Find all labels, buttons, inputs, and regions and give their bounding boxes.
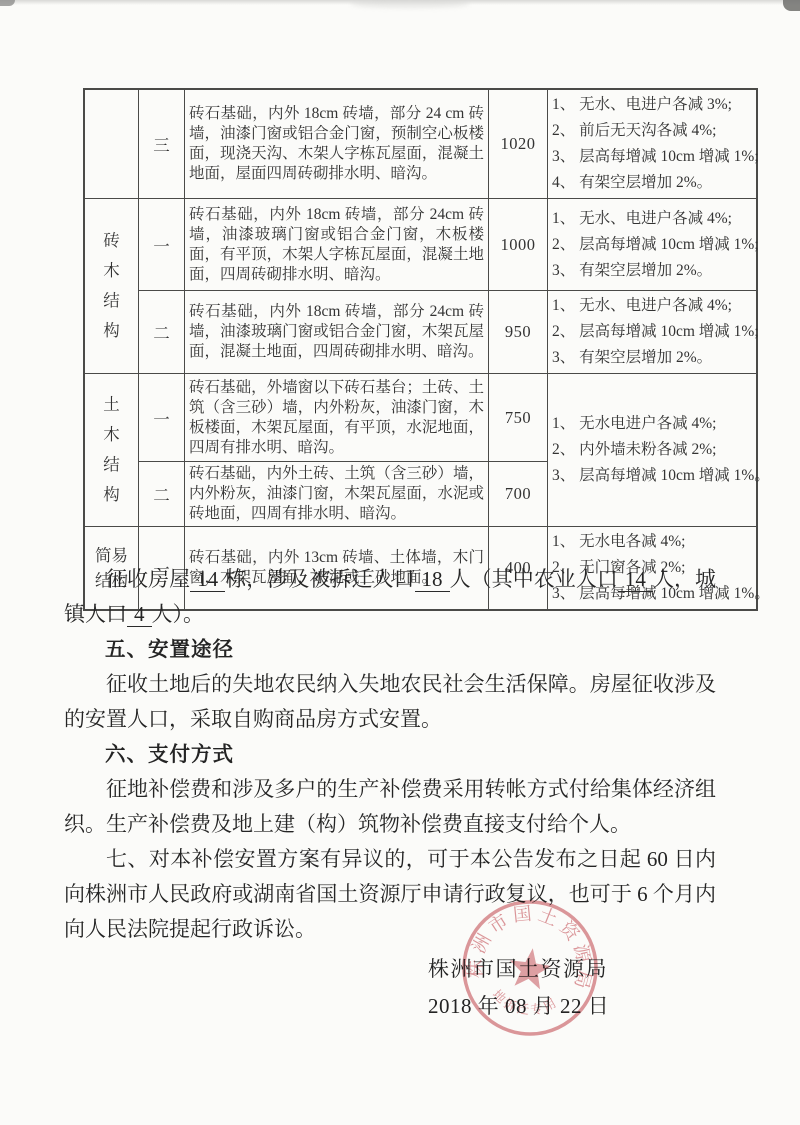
stats-text: 人（其中农业人口 [450,567,618,591]
table-row: 砖木结构 一 砖石基础，内外 18cm 砖墙，部分 24cm 砖墙，油漆玻璃门窗… [84,199,757,291]
paragraph-payment: 征地补偿费和涉及多户的生产补偿费采用转帐方式付给集体经济组织。生产补偿费及地上建… [64,772,716,842]
paragraph-housing-stats: 征收房屋14栋，涉及被拆迁人口18人（其中农业人口14人，城镇人口4人）。 [64,562,716,632]
table-row: 土木结构 一 砖石基础，外墙窗以下砖石基台；土砖、土筑（含三砂）墙，内外粉灰，油… [84,374,757,462]
adjustment-line: 1、 无水电各减 4%; [552,529,752,555]
official-seal-stamp: 株洲市国土资源局 征地拆迁专用章 [445,883,614,1052]
price-cell: 1000 [489,199,548,291]
underlined-number: 14 [190,567,225,592]
adjustment-line: 3、 有架空层增加 2%。 [552,258,752,284]
category-cell: 砖木结构 [84,199,139,374]
adjustment-line: 2、 层高每增减 10cm 增减 1%; [552,232,752,258]
adjustments-cell: 1、 无水、电进户各减 4%;2、 层高每增减 10cm 增减 1%;3、 有架… [548,291,758,374]
stats-text: 人）。 [152,602,205,626]
adjustment-line: 3、 有架空层增加 2%。 [552,345,752,371]
adjustment-line: 1、 无水电进户各减 4%; [552,411,752,437]
underlined-number: 4 [127,602,152,627]
adjustment-line: 2、 前后无天沟各减 4%; [552,118,752,144]
price-cell: 1020 [489,89,548,199]
section-heading-6: 六、支付方式 [64,737,716,772]
underlined-number: 18 [415,567,450,592]
table-row: 二 砖石基础，内外 18cm 砖墙，部分 24cm 砖墙，油漆玻璃门窗或铝合金门… [84,291,757,374]
scan-corner-artifact-left [0,0,15,6]
adjustments-cell: 1、 无水电进户各减 4%;2、 内外墙未粉各减 2%;3、 层高每增减 10c… [548,374,758,527]
description-cell: 砖石基础，内外 18cm 砖墙，部分 24cm 砖墙，油漆玻璃门窗或铝合金门窗，… [185,291,489,374]
adjustment-line: 2、 内外墙未粉各减 2%; [552,437,752,463]
compensation-standards-table: 三 砖石基础，内外 18cm 砖墙，部分 24 cm 砖墙，油漆门窗或铝合金门窗… [83,88,758,611]
scan-smudge [350,0,470,8]
description-cell: 砖石基础，内外 18cm 砖墙，部分 24 cm 砖墙，油漆门窗或铝合金门窗，预… [185,89,489,199]
scan-corner-artifact-right [783,0,800,11]
stats-text: 征收房屋 [106,567,190,591]
category-cell: 土木结构 [84,374,139,527]
adjustment-line: 2、 层高每增减 10cm 增减 1%; [552,319,752,345]
price-cell: 950 [489,291,548,374]
category-cell [84,89,139,199]
grade-cell: 三 [139,89,185,199]
grade-cell: 一 [139,374,185,462]
scanned-notice-page: { "page": { "background": "#fbfbf9", "te… [0,0,800,1125]
table-row: 三 砖石基础，内外 18cm 砖墙，部分 24 cm 砖墙，油漆门窗或铝合金门窗… [84,89,757,199]
description-cell: 砖石基础，内外 18cm 砖墙，部分 24cm 砖墙，油漆玻璃门窗或铝合金门窗，… [185,199,489,291]
paragraph-resettlement: 征收土地后的失地农民纳入失地农民社会生活保障。房屋征收涉及的安置人口，采取自购商… [64,667,716,737]
price-cell: 750 [489,374,548,462]
stats-text: 栋，涉及被拆迁人口 [225,567,414,591]
paragraph-appeal: 七、对本补偿安置方案有异议的，可于本公告发布之日起 60 日内向株洲市人民政府或… [64,842,716,947]
adjustment-line: 1、 无水、电进户各减 3%; [552,92,752,118]
description-cell: 砖石基础，外墙窗以下砖石基台；土砖、土筑（含三砂）墙，内外粉灰，油漆门窗，木板楼… [185,374,489,462]
adjustment-line: 4、 有架空层增加 2%。 [552,170,752,196]
seal-star [507,945,554,990]
underlined-number: 14 [618,567,653,592]
section-heading-5: 五、安置途径 [64,632,716,667]
description-cell: 砖石基础，内外土砖、土筑（含三砂）墙，内外粉灰，油漆门窗，木架瓦屋面，水泥或砖地… [185,462,489,527]
adjustment-line: 1、 无水、电进户各减 4%; [552,293,752,319]
price-cell: 700 [489,462,548,527]
notice-body: 征收房屋14栋，涉及被拆迁人口18人（其中农业人口14人，城镇人口4人）。 五、… [64,562,716,947]
adjustment-line: 1、 无水、电进户各减 4%; [552,206,752,232]
grade-cell: 一 [139,199,185,291]
adjustment-line: 3、 层高每增减 10cm 增减 1%; [552,144,752,170]
grade-cell: 二 [139,462,185,527]
adjustment-line: 3、 层高每增减 10cm 增减 1%。 [552,463,752,489]
grade-cell: 二 [139,291,185,374]
adjustments-cell: 1、 无水、电进户各减 4%;2、 层高每增减 10cm 增减 1%;3、 有架… [548,199,758,291]
adjustments-cell: 1、 无水、电进户各减 3%;2、 前后无天沟各减 4%;3、 层高每增减 10… [548,89,758,199]
